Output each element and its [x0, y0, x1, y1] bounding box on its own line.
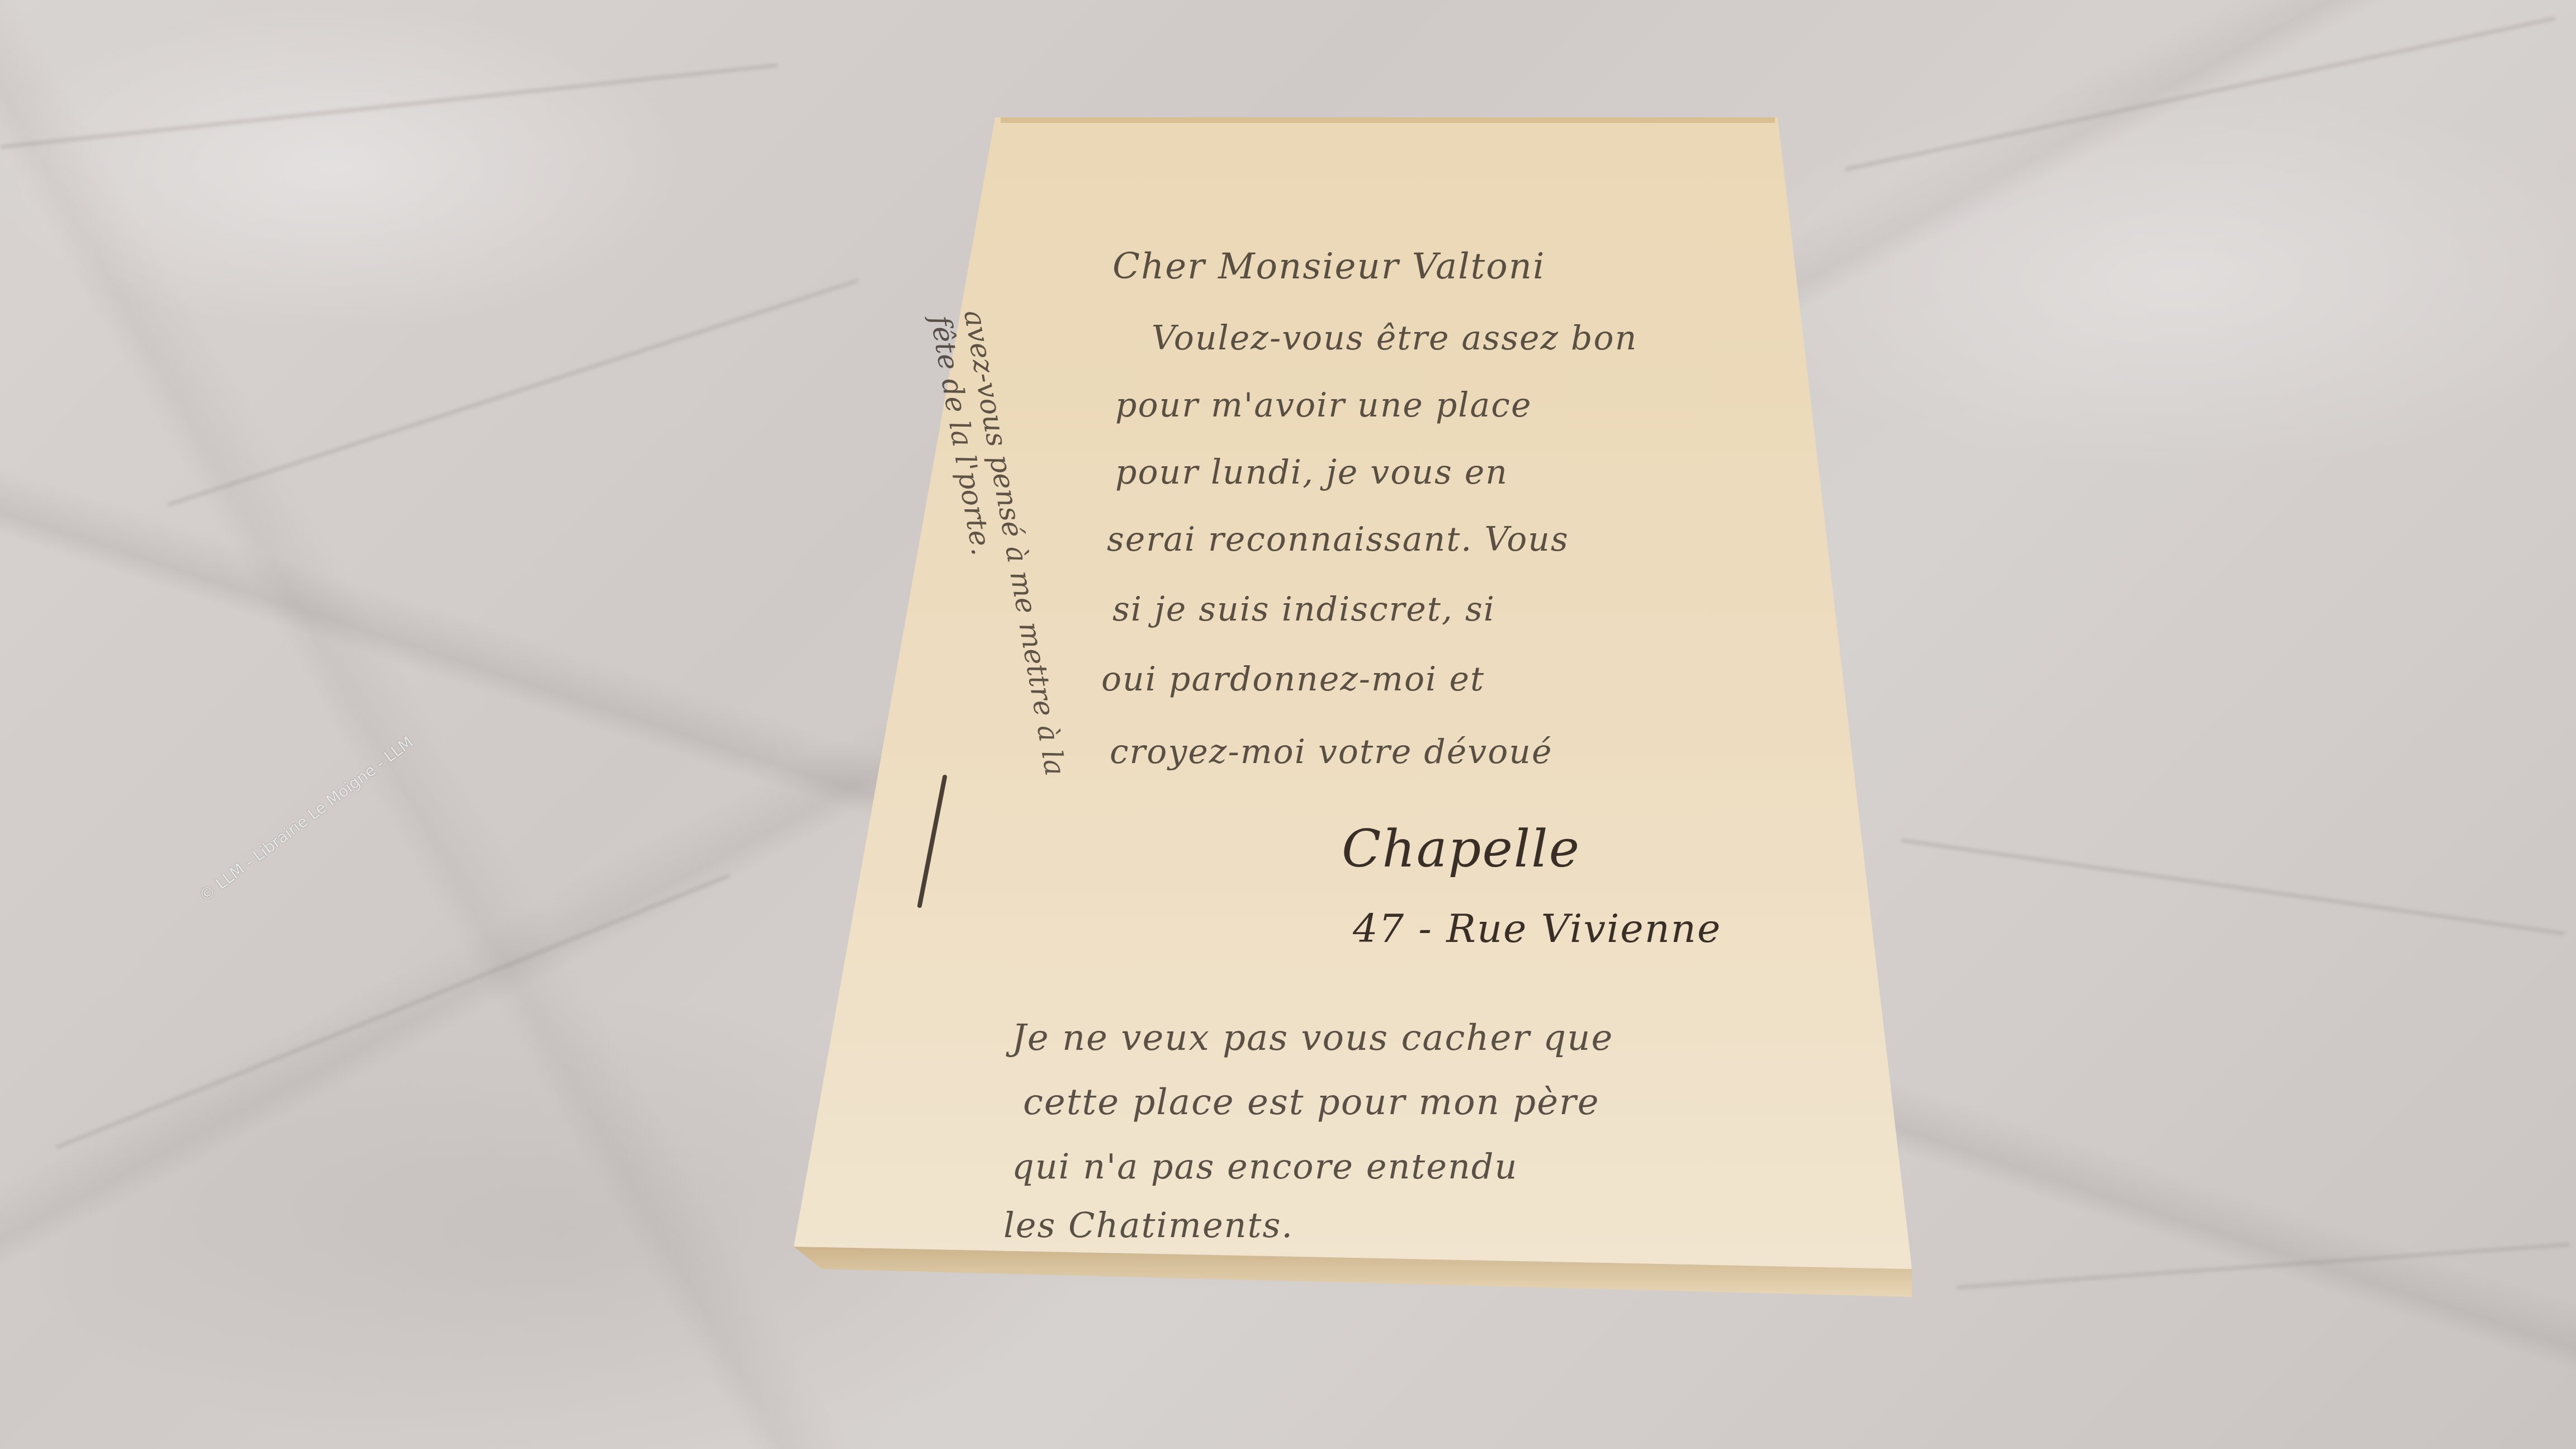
- letter-body-line: croyez-moi votre dévoué: [1110, 732, 1552, 771]
- letter-body-line: pour m'avoir une place: [1115, 386, 1532, 425]
- letter-signature: Chapelle: [1342, 819, 1580, 879]
- letter-postscript-line: cette place est pour mon père: [1023, 1082, 1600, 1123]
- letter-body-line: Voulez-vous être assez bon: [1152, 319, 1637, 358]
- letter-salutation: Cher Monsieur Valtoni: [1112, 246, 1546, 287]
- letter-body-line: si je suis indiscret, si: [1112, 590, 1495, 629]
- letter-postscript-line: Je ne veux pas vous cacher que: [1012, 1017, 1613, 1059]
- letter-body-line: oui pardonnez-moi et: [1101, 660, 1485, 699]
- letter-body-line: pour lundi, je vous en: [1115, 453, 1508, 492]
- letter-body-line: serai reconnaissant. Vous: [1107, 520, 1569, 559]
- letter-postscript-line: les Chatiments.: [1003, 1205, 1294, 1246]
- letter-postscript-line: qui n'a pas encore entendu: [1012, 1146, 1518, 1187]
- letter-paper: Cher Monsieur Valtoni Voulez-vous être a…: [0, 0, 2576, 1449]
- letter-address: 47 - Rue Vivienne: [1353, 906, 1721, 951]
